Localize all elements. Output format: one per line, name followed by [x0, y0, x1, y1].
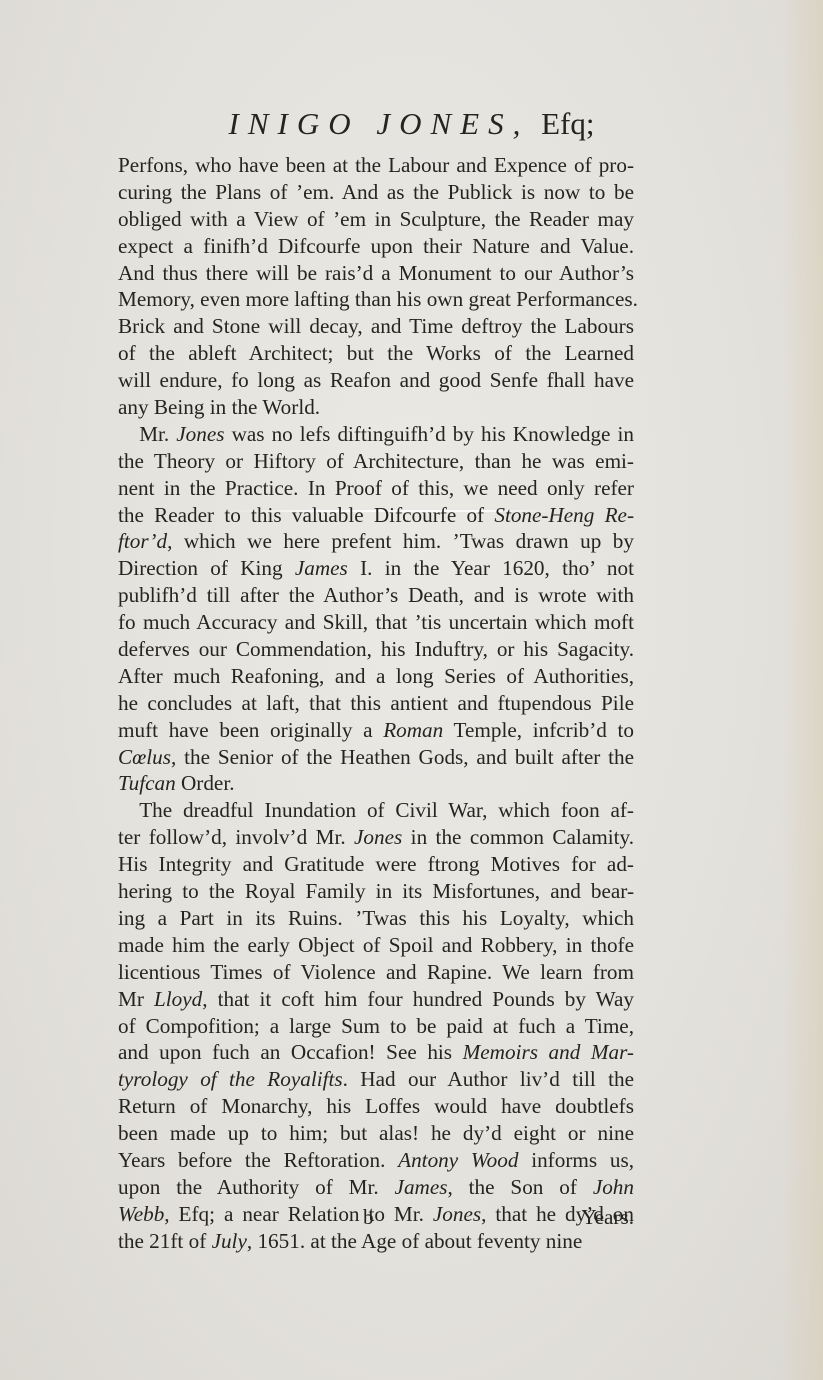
text-segment: His Integrity and Gratitude were ftrong … — [118, 852, 634, 876]
text-segment: , the Son of — [448, 1175, 593, 1199]
italic-text: ftor’d — [118, 529, 167, 553]
text-segment: . Had our Author liv’d till the — [343, 1067, 634, 1091]
italic-text: James — [295, 556, 348, 580]
text-line: Cœlus, the Senior of the Heathen Gods, a… — [118, 744, 634, 771]
text-segment: the 21ft of — [118, 1229, 212, 1253]
text-segment: obliged with a View of ’em in Sculpture,… — [118, 207, 634, 231]
text-segment: will endure, fo long as Reafon and good … — [118, 368, 634, 392]
text-segment: Memory, even more lafting than his own g… — [118, 287, 638, 311]
text-segment: made him the early Object of Spoil and R… — [118, 933, 634, 957]
text-segment: , 1651. at the Age of about feventy nine — [247, 1229, 582, 1253]
text-segment: licentious Times of Violence and Rapine.… — [118, 960, 634, 984]
text-segment: of Compofition; a large Sum to be paid a… — [118, 1014, 634, 1038]
text-line: made him the early Object of Spoil and R… — [118, 932, 634, 959]
text-segment: Brick and Stone will decay, and Time def… — [118, 314, 634, 338]
text-line: curing the Plans of ’em. And as the Publ… — [118, 179, 634, 206]
text-line: the 21ft of July, 1651. at the Age of ab… — [118, 1228, 634, 1255]
text-line: ftor’d, which we here prefent him. ’Twas… — [118, 528, 634, 555]
text-segment: and upon fuch an Occafion! See his — [118, 1040, 463, 1064]
text-segment: the Reader to this valuable Difcourfe of — [118, 503, 494, 527]
italic-text: Roman — [383, 718, 443, 742]
text-segment: expect a finifh’d Difcourfe upon their N… — [118, 234, 634, 258]
text-segment: Order. — [176, 771, 235, 795]
text-line: And thus there will be rais’d a Monument… — [118, 260, 634, 287]
text-segment: Years before the Reftoration. — [118, 1148, 398, 1172]
text-segment: Mr. — [118, 422, 176, 446]
italic-text: July — [212, 1229, 247, 1253]
text-line: Tufcan Order. — [118, 770, 634, 797]
text-segment: , that it coft him four hundred Pounds b… — [202, 987, 634, 1011]
text-line: Brick and Stone will decay, and Time def… — [118, 313, 634, 340]
italic-text: Cœlus — [118, 745, 171, 769]
text-segment: upon the Authority of Mr. — [118, 1175, 395, 1199]
text-line: The dreadful Inundation of Civil War, wh… — [118, 797, 634, 824]
text-segment: And thus there will be rais’d a Monument… — [118, 261, 634, 285]
text-line: any Being in the World. — [118, 394, 634, 421]
text-line: After much Reafoning, and a long Series … — [118, 663, 634, 690]
text-line: tyrology of the Royalifts. Had our Autho… — [118, 1066, 634, 1093]
text-line: His Integrity and Gratitude were ftrong … — [118, 851, 634, 878]
text-line: Memory, even more lafting than his own g… — [118, 286, 634, 313]
italic-text: Jones — [354, 825, 402, 849]
text-segment: Return of Monarchy, his Loffes would hav… — [118, 1094, 634, 1118]
text-segment: hering to the Royal Family in its Misfor… — [118, 879, 634, 903]
italic-text: James — [395, 1175, 448, 1199]
body-text: Perfons, who have been at the Labour and… — [118, 152, 634, 1255]
text-segment: in the common Calamity. — [402, 825, 634, 849]
text-line: Return of Monarchy, his Loffes would hav… — [118, 1093, 634, 1120]
page-footer: b Years. — [118, 1204, 634, 1230]
text-line: of Compofition; a large Sum to be paid a… — [118, 1013, 634, 1040]
text-line: of the ableft Architect; but the Works o… — [118, 340, 634, 367]
text-segment: Mr — [118, 987, 154, 1011]
text-segment: The dreadful Inundation of Civil War, wh… — [118, 798, 634, 822]
text-line: Direction of King James I. in the Year 1… — [118, 555, 634, 582]
text-line: Mr. Jones was no lefs diftinguifh’d by h… — [118, 421, 634, 448]
text-segment: muft have been originally a — [118, 718, 383, 742]
text-segment: I. in the Year 1620, tho’ not — [348, 556, 634, 580]
text-line: the Theory or Hiftory of Architecture, t… — [118, 448, 634, 475]
text-segment: nent in the Practice. In Proof of this, … — [118, 476, 634, 500]
text-line: publifh’d till after the Author’s Death,… — [118, 582, 634, 609]
text-segment: , which we here prefent him. ’Twas drawn… — [167, 529, 634, 553]
text-line: Years before the Reftoration. Antony Woo… — [118, 1147, 634, 1174]
text-segment: he concludes at laft, that this antient … — [118, 691, 634, 715]
text-segment: Direction of King — [118, 556, 295, 580]
text-segment: been made up to him; but alas! he dy’d e… — [118, 1121, 634, 1145]
text-segment: the Theory or Hiftory of Architecture, t… — [118, 449, 634, 473]
running-head: INIGO JONES, Efq; — [0, 104, 823, 144]
italic-text: Tufcan — [118, 771, 176, 795]
text-line: ing a Part in its Ruins. ’Twas this his … — [118, 905, 634, 932]
text-segment: Temple, infcrib’d to — [443, 718, 634, 742]
signature-mark: b — [363, 1204, 374, 1230]
paragraph: The dreadful Inundation of Civil War, wh… — [118, 797, 634, 1254]
text-segment: ter follow’d, involv’d Mr. — [118, 825, 354, 849]
text-segment: , the Senior of the Heathen Gods, and bu… — [171, 745, 634, 769]
text-segment: any Being in the World. — [118, 395, 320, 419]
text-line: deferves our Commendation, his Induftry,… — [118, 636, 634, 663]
text-segment: was no lefs diftinguifh’d by his Knowled… — [225, 422, 634, 446]
text-line: hering to the Royal Family in its Misfor… — [118, 878, 634, 905]
text-line: expect a finifh’d Difcourfe upon their N… — [118, 233, 634, 260]
text-segment: Perfons, who have been at the Labour and… — [118, 153, 634, 177]
text-line: ter follow’d, involv’d Mr. Jones in the … — [118, 824, 634, 851]
running-head-name: INIGO JONES, — [229, 106, 530, 141]
text-line: obliged with a View of ’em in Sculpture,… — [118, 206, 634, 233]
book-page: INIGO JONES, Efq; Perfons, who have been… — [0, 0, 823, 1380]
text-segment: ing a Part in its Ruins. ’Twas this his … — [118, 906, 634, 930]
text-line: muft have been originally a Roman Temple… — [118, 717, 634, 744]
text-segment: informs us, — [518, 1148, 634, 1172]
text-line: Mr Lloyd, that it coft him four hundred … — [118, 986, 634, 1013]
italic-text: Lloyd — [154, 987, 202, 1011]
text-line: he concludes at laft, that this antient … — [118, 690, 634, 717]
italic-text: Antony Wood — [398, 1148, 518, 1172]
text-line: Perfons, who have been at the Labour and… — [118, 152, 634, 179]
text-segment: curing the Plans of ’em. And as the Publ… — [118, 180, 634, 204]
text-line: the Reader to this valuable Difcourfe of… — [118, 502, 634, 529]
paragraph: Perfons, who have been at the Labour and… — [118, 152, 634, 421]
text-line: nent in the Practice. In Proof of this, … — [118, 475, 634, 502]
text-line: will endure, fo long as Reafon and good … — [118, 367, 634, 394]
text-segment: publifh’d till after the Author’s Death,… — [118, 583, 634, 607]
text-segment: fo much Accuracy and Skill, that ’tis un… — [118, 610, 634, 634]
text-line: fo much Accuracy and Skill, that ’tis un… — [118, 609, 634, 636]
catchword: Years. — [581, 1204, 634, 1230]
text-line: licentious Times of Violence and Rapine.… — [118, 959, 634, 986]
italic-text: Stone-Heng Re- — [494, 503, 634, 527]
text-line: upon the Authority of Mr. James, the Son… — [118, 1174, 634, 1201]
text-segment: deferves our Commendation, his Induftry,… — [118, 637, 634, 661]
italic-text: John — [593, 1175, 634, 1199]
text-line: and upon fuch an Occafion! See his Memoi… — [118, 1039, 634, 1066]
running-head-suffix: Efq; — [541, 106, 594, 141]
italic-text: Memoirs and Mar- — [463, 1040, 634, 1064]
text-segment: After much Reafoning, and a long Series … — [118, 664, 634, 688]
italic-text: tyrology of the Royalifts — [118, 1067, 343, 1091]
italic-text: Jones — [176, 422, 224, 446]
text-segment: of the ableft Architect; but the Works o… — [118, 341, 634, 365]
text-line: been made up to him; but alas! he dy’d e… — [118, 1120, 634, 1147]
paragraph: Mr. Jones was no lefs diftinguifh’d by h… — [118, 421, 634, 797]
